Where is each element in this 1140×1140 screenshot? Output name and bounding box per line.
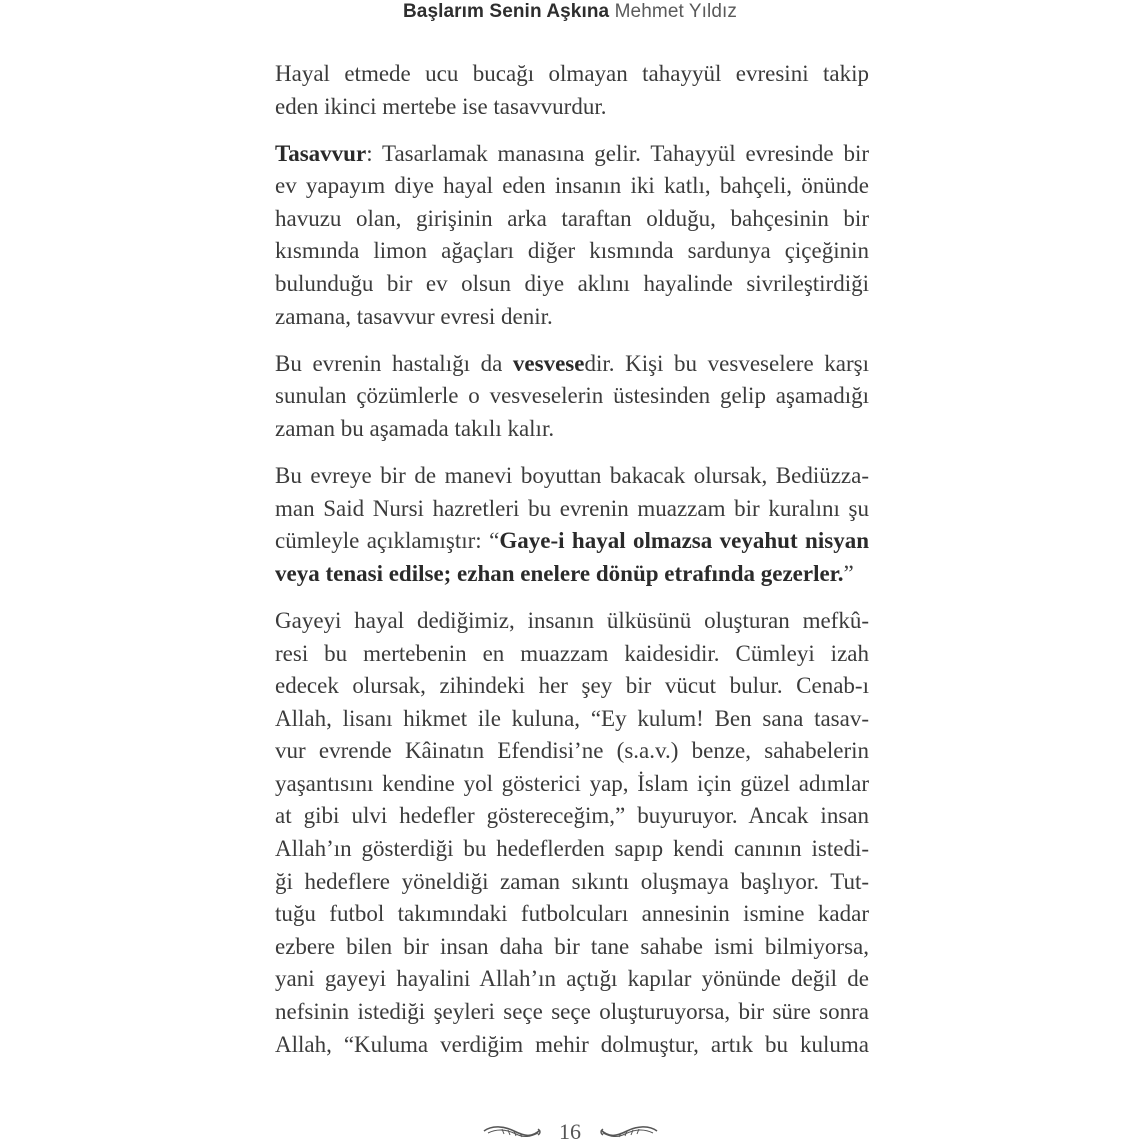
text-run: at gibi ulvi hedefler göstereceğim,” buy…	[275, 803, 869, 828]
bold-text: veya tenasi edilse; ezhan enelere dönüp …	[275, 561, 844, 586]
text-run: tuğu futbol takımındaki futbolcuları ann…	[275, 901, 869, 926]
swash-ornament-left-icon	[482, 1124, 544, 1140]
text-line: edecek olursak, zihindeki her şey bir vü…	[275, 670, 869, 703]
book-author: Mehmet Yıldız	[615, 1, 737, 22]
text-line: havuzu olan, girişinin arka taraftan old…	[275, 203, 869, 236]
text-run: resi bu mertebenin en muazzam kaidesidir…	[275, 641, 869, 666]
text-run: ği hedeflere yöneldiği zaman sıkıntı olu…	[275, 869, 869, 894]
text-run: bulunduğu bir ev olsun diye aklını hayal…	[275, 271, 869, 296]
text-run: kısmında limon ağaçları diğer kısmında s…	[275, 238, 869, 263]
text-line: Bu evrenin hastalığı da vesvesedir. Kişi…	[275, 348, 869, 381]
text-line: man Said Nursi hazretleri bu evrenin mua…	[275, 493, 869, 526]
text-line: Hayal etmede ucu bucağı olmayan tahayyül…	[275, 58, 869, 91]
text-run: man Said Nursi hazretleri bu evrenin mua…	[275, 496, 869, 521]
text-run: havuzu olan, girişinin arka taraftan old…	[275, 206, 869, 231]
text-line: tuğu futbol takımındaki futbolcuları ann…	[275, 898, 869, 931]
text-line: veya tenasi edilse; ezhan enelere dönüp …	[275, 558, 869, 591]
text-run: Allah, lisanı hikmet ile kuluna, “Ey kul…	[275, 706, 869, 731]
text-line: Bu evreye bir de manevi boyuttan bakacak…	[275, 460, 869, 493]
text-line: Gayeyi hayal dediğimiz, insanın ülküsünü…	[275, 605, 869, 638]
page-footer: 16	[0, 1117, 1140, 1140]
text-run: ”	[844, 561, 854, 586]
text-line: yaşantısını kendine yol gösterici yap, İ…	[275, 768, 869, 801]
bold-text: Gaye-i hayal olmazsa veyahut nisyan	[499, 528, 869, 553]
text-run: zamana, tasavvur evresi denir.	[275, 304, 553, 329]
text-run: Bu evreye bir de manevi boyuttan bakacak…	[275, 463, 869, 488]
body-text: Hayal etmede ucu bucağı olmayan tahayyül…	[275, 58, 869, 1076]
text-line: Tasavvur: Tasarlamak manasına gelir. Tah…	[275, 138, 869, 171]
text-line: sunulan çözümlerle o vesveselerin üstesi…	[275, 380, 869, 413]
text-run: zaman bu aşamada takılı kalır.	[275, 416, 554, 441]
text-run: sunulan çözümlerle o vesveselerin üstesi…	[275, 383, 869, 408]
text-run: nefsinin istediği şeyleri seçe seçe oluş…	[275, 999, 869, 1024]
book-page: Başlarım Senin Aşkına Mehmet Yıldız Haya…	[0, 0, 1140, 1140]
bold-text: vesvese	[513, 351, 585, 376]
text-line: kısmında limon ağaçları diğer kısmında s…	[275, 235, 869, 268]
text-line: ev yapayım diye hayal eden insanın iki k…	[275, 170, 869, 203]
text-line: bulunduğu bir ev olsun diye aklını hayal…	[275, 268, 869, 301]
text-run: eden ikinci mertebe ise tasavvurdur.	[275, 94, 606, 119]
text-line: ezbere bilen bir insan daha bir tane sah…	[275, 931, 869, 964]
text-run: Gayeyi hayal dediğimiz, insanın ülküsünü…	[275, 608, 869, 633]
text-run: Bu evrenin hastalığı da	[275, 351, 513, 376]
text-run: edecek olursak, zihindeki her şey bir vü…	[275, 673, 869, 698]
text-line: Allah, “Kuluma verdiğim mehir dolmuştur,…	[275, 1029, 869, 1062]
text-run: Allah’ın gösterdiği bu hedeflerden sapıp…	[275, 836, 869, 861]
text-line: Allah’ın gösterdiği bu hedeflerden sapıp…	[275, 833, 869, 866]
text-run: ev yapayım diye hayal eden insanın iki k…	[275, 173, 869, 198]
text-line: cümleyle açıklamıştır: “Gaye-i hayal olm…	[275, 525, 869, 558]
swash-ornament-right-icon	[597, 1124, 659, 1140]
text-run: dir. Kişi bu vesveselere karşı	[584, 351, 869, 376]
paragraph: Tasavvur: Tasarlamak manasına gelir. Tah…	[275, 138, 869, 334]
text-run: yaşantısını kendine yol gösterici yap, İ…	[275, 771, 869, 796]
text-line: ği hedeflere yöneldiği zaman sıkıntı olu…	[275, 866, 869, 899]
paragraph: Bu evreye bir de manevi boyuttan bakacak…	[275, 460, 869, 590]
text-line: eden ikinci mertebe ise tasavvurdur.	[275, 91, 869, 124]
paragraph: Bu evrenin hastalığı da vesvesedir. Kişi…	[275, 348, 869, 446]
bold-text: Tasavvur	[275, 141, 366, 166]
book-title: Başlarım Senin Aşkına	[403, 1, 609, 22]
paragraph: Hayal etmede ucu bucağı olmayan tahayyül…	[275, 58, 869, 123]
text-line: zaman bu aşamada takılı kalır.	[275, 413, 869, 446]
text-run: Allah, “Kuluma verdiğim mehir dolmuştur,…	[275, 1032, 869, 1057]
text-line: yani gayeyi hayalini Allah’ın açtığı kap…	[275, 963, 869, 996]
text-run: vur evrende Kâinatın Efendisi’ne (s.a.v.…	[275, 738, 869, 763]
text-run: yani gayeyi hayalini Allah’ın açtığı kap…	[275, 966, 869, 991]
paragraph: Gayeyi hayal dediğimiz, insanın ülküsünü…	[275, 605, 869, 1061]
text-line: nefsinin istediği şeyleri seçe seçe oluş…	[275, 996, 869, 1029]
text-run: : Tasarlamak manasına gelir. Tahayyül ev…	[366, 141, 869, 166]
text-line: zamana, tasavvur evresi denir.	[275, 301, 869, 334]
text-run: Hayal etmede ucu bucağı olmayan tahayyül…	[275, 61, 869, 86]
running-head: Başlarım Senin Aşkına Mehmet Yıldız	[0, 1, 1140, 23]
text-line: at gibi ulvi hedefler göstereceğim,” buy…	[275, 800, 869, 833]
page-number: 16	[559, 1119, 581, 1140]
text-line: Allah, lisanı hikmet ile kuluna, “Ey kul…	[275, 703, 869, 736]
text-run: cümleyle açıklamıştır: “	[275, 528, 499, 553]
text-line: vur evrende Kâinatın Efendisi’ne (s.a.v.…	[275, 735, 869, 768]
text-run: ezbere bilen bir insan daha bir tane sah…	[275, 934, 869, 959]
text-line: resi bu mertebenin en muazzam kaidesidir…	[275, 638, 869, 671]
